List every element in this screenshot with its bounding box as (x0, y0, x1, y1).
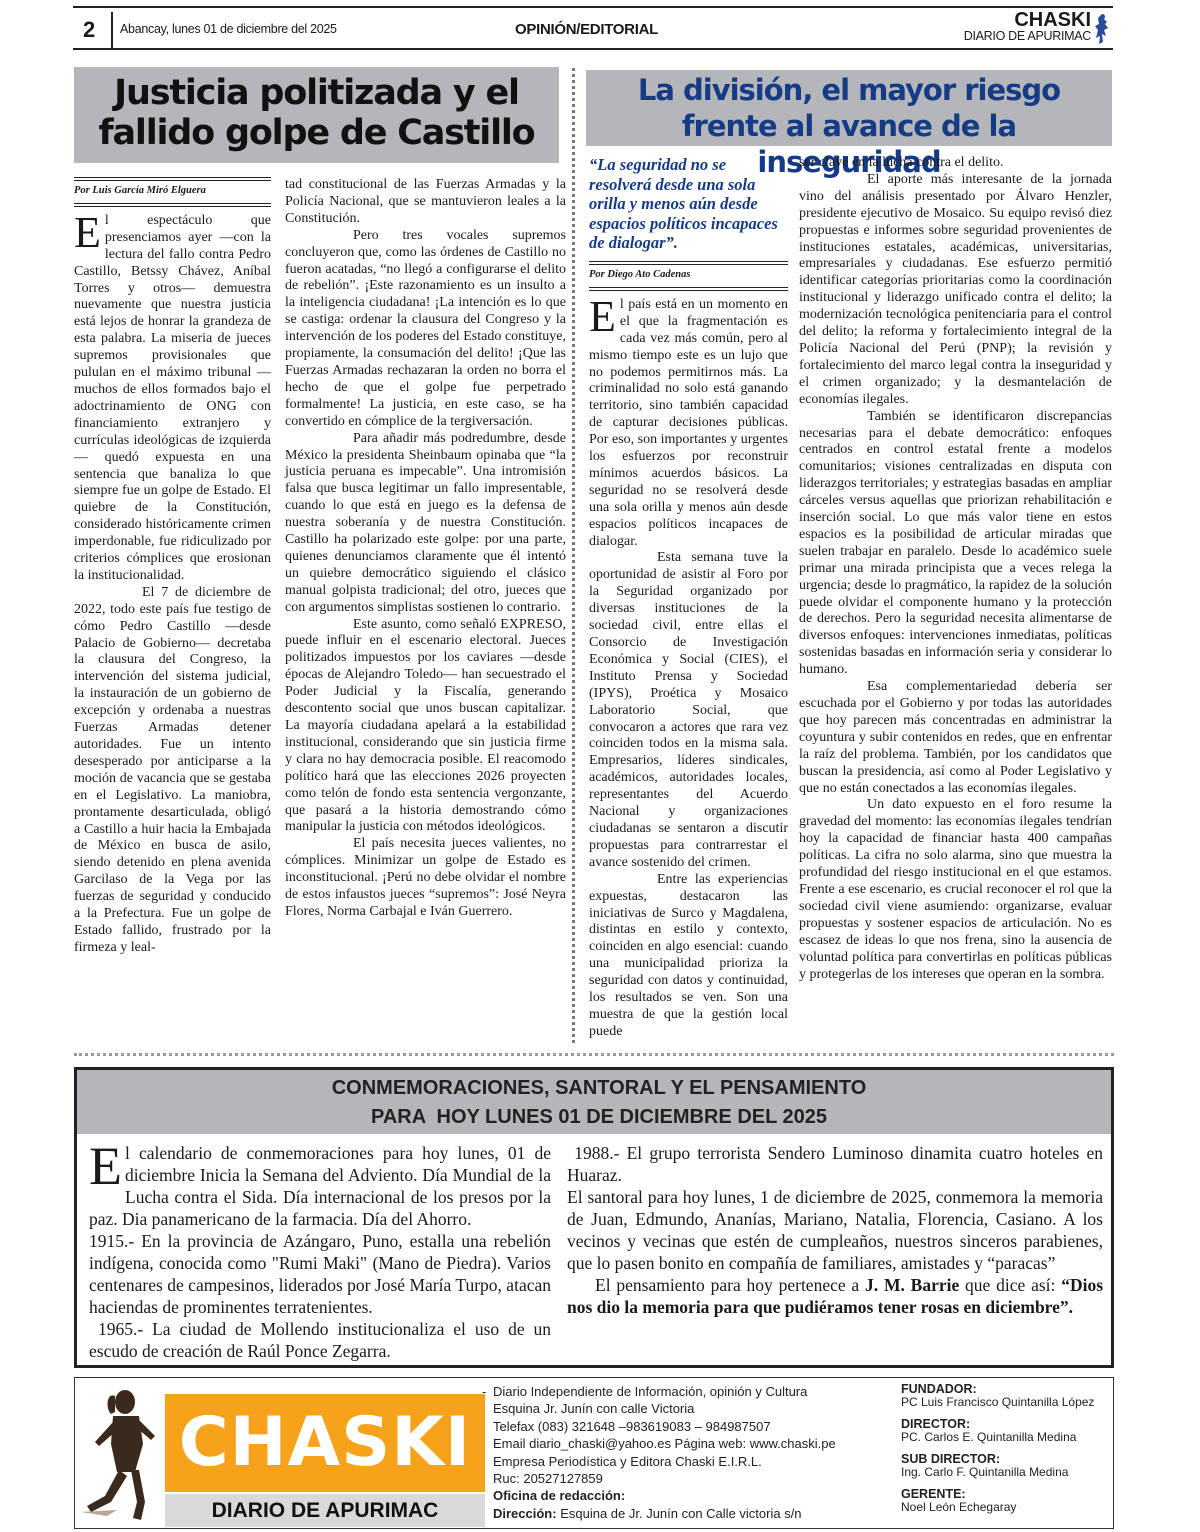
footer-imprint: CHASKI DIARIO DE APURIMAC - Diario Indep… (74, 1377, 1114, 1529)
staff-fundador: FUNDADOR: PC Luis Francisco Quintanilla … (901, 1383, 1094, 1408)
phone-line: Telefax (083) 321648 –983619083 – 984987… (493, 1418, 836, 1435)
headline-justicia: Justicia politizada y el fallido golpe d… (74, 67, 559, 163)
paragraph: Un dato expuesto en el foro resume la gr… (799, 797, 1112, 983)
address-value: Esquina de Jr. Junín con Calle victoria … (557, 1506, 802, 1521)
column-divider (572, 68, 575, 1043)
contact-info: - Diario Independiente de Información, o… (493, 1383, 836, 1522)
chaski-runner-icon (77, 1384, 167, 1524)
staff-subdirector: SUB DIRECTOR: Ing. Carlo F. Quintanilla … (901, 1453, 1094, 1478)
staff-role: DIRECTOR: (901, 1418, 1094, 1431)
logo-subtitle: DIARIO DE APURIMAC (165, 1494, 485, 1527)
paragraph: 1965.- La ciudad de Mollendo institucion… (89, 1318, 551, 1362)
paragraph: Pero tres vocales supremos concluyeron q… (285, 228, 566, 431)
efemeride-1988: 1988.- El grupo terrorista Sendero Lumin… (567, 1142, 1103, 1186)
paragraph: El aporte más interesante de la jornada … (799, 172, 1112, 409)
section-divider (74, 1053, 1114, 1056)
info-dash: - (482, 1383, 486, 1400)
brand-mark: CHASKI DIARIO DE APURIMAC (964, 10, 1091, 43)
drop-cap: E (589, 300, 616, 334)
staff-gerente: GERENTE: Noel León Echegaray (901, 1488, 1094, 1513)
pensamiento-mid: que dice así: (959, 1275, 1061, 1295)
article-right-column-2: ser clave en la lucha contra el delito. … (799, 155, 1112, 983)
conmemoraciones-right: 1988.- El grupo terrorista Sendero Lumin… (567, 1142, 1103, 1318)
staff-name: Noel León Echegaray (901, 1501, 1094, 1514)
headline-division: La división, el mayor riesgo frente al a… (586, 70, 1112, 146)
conmemoraciones-left: E l calendario de conmemoraciones para h… (89, 1142, 551, 1362)
paragraph: Esta semana tuve la oportunidad de asist… (589, 550, 788, 871)
staff-name: PC. Carlos E. Quintanilla Medina (901, 1431, 1094, 1444)
paragraph: Esa complementariedad debería ser escuch… (799, 679, 1112, 797)
pensamiento-author: J. M. Barrie (865, 1275, 959, 1295)
section-title: OPINIÓN/EDITORIAL (515, 21, 658, 38)
pensamiento-paragraph: El pensamiento para hoy pertenece a J. M… (567, 1274, 1103, 1318)
staff-role: SUB DIRECTOR: (901, 1453, 1094, 1466)
staff-director: DIRECTOR: PC. Carlos E. Quintanilla Medi… (901, 1418, 1094, 1443)
conmemoraciones-title: CONMEMORACIONES, SANTORAL Y EL PENSAMIEN… (77, 1070, 1111, 1134)
brand-subtitle: DIARIO DE APURIMAC (964, 30, 1091, 43)
article-left-column-1: Por Luis García Miró Elguera E l espectá… (74, 177, 271, 957)
address-label: Dirección: (493, 1506, 557, 1521)
paragraph: ser clave en la lucha contra el delito. (799, 155, 1112, 172)
headline-line: Justicia politizada y el (74, 73, 559, 113)
drop-cap: E (74, 216, 101, 250)
paragraph: l calendario de conmemoraciones para hoy… (89, 1142, 551, 1230)
paragraph: Entre las experiencias expuestas, destac… (589, 872, 788, 1041)
email-web-line: Email diario_chaski@yahoo.es Página web:… (493, 1435, 836, 1452)
staff-name: PC Luis Francisco Quintanilla López (901, 1396, 1094, 1409)
brand-name: CHASKI (964, 10, 1091, 30)
info-line: Esquina Jr. Junín con calle Victoria (493, 1400, 836, 1417)
pensamiento-intro: El pensamiento para hoy pertenece a (595, 1275, 865, 1295)
paragraph: tad constitucional de las Fuerzas Armada… (285, 177, 566, 228)
paragraph: También se identificaron discrepancias n… (799, 409, 1112, 680)
byline: Por Luis García Miró Elguera (74, 177, 271, 207)
santoral-paragraph: El santoral para hoy lunes, 1 de diciemb… (567, 1186, 1103, 1274)
byline: Por Diego Ato Cadenas (589, 261, 788, 291)
paragraph: Este asunto, como señaló EXPRESO, puede … (285, 617, 566, 837)
info-line: Empresa Periodística y Editora Chaski E.… (493, 1453, 836, 1470)
article-left-column-2: tad constitucional de las Fuerzas Armada… (285, 177, 566, 921)
paragraph: Para añadir más podredumbre, desde Méxic… (285, 431, 566, 617)
office-label: Oficina de redacción: (493, 1488, 625, 1503)
paragraph: l país está en un momento en el que la f… (589, 297, 788, 551)
runner-logo-icon (1093, 12, 1111, 46)
staff-role: FUNDADOR: (901, 1383, 1094, 1396)
staff-list: FUNDADOR: PC Luis Francisco Quintanilla … (901, 1383, 1094, 1523)
pull-quote: “La seguridad no se resolverá desde una … (589, 155, 788, 253)
staff-role: GERENTE: (901, 1488, 1094, 1501)
paragraph: El 7 de diciembre de 2022, todo este paí… (74, 585, 271, 957)
page-header: 2 Abancay, lunes 01 de diciembre del 202… (73, 6, 1113, 50)
ruc-line: Ruc: 20527127859 (493, 1470, 836, 1487)
paragraph: El país necesita jueces valientes, no có… (285, 836, 566, 921)
page-number: 2 (83, 17, 95, 43)
header-divider (111, 12, 113, 48)
staff-name: Ing. Carlo F. Quintanilla Medina (901, 1466, 1094, 1479)
title-line: PARA HOY LUNES 01 DE DICIEMBRE DEL 2025 (87, 1103, 1111, 1132)
paragraph: 1915.- En la provincia de Azángaro, Puno… (89, 1230, 551, 1318)
article-right-column-1: “La seguridad no se resolverá desde una … (589, 155, 788, 1041)
info-line: Diario Independiente de Información, opi… (493, 1383, 836, 1400)
headline-line: La división, el mayor riesgo (586, 72, 1112, 108)
logo-chaski: CHASKI (165, 1394, 485, 1492)
paragraph: l espectáculo que presenciamos ayer —con… (74, 213, 271, 585)
headline-line: fallido golpe de Castillo (74, 113, 559, 153)
drop-cap: E (89, 1145, 122, 1187)
title-line: CONMEMORACIONES, SANTORAL Y EL PENSAMIEN… (87, 1074, 1111, 1103)
issue-date: Abancay, lunes 01 de diciembre del 2025 (120, 22, 337, 36)
conmemoraciones-box: CONMEMORACIONES, SANTORAL Y EL PENSAMIEN… (74, 1067, 1114, 1368)
